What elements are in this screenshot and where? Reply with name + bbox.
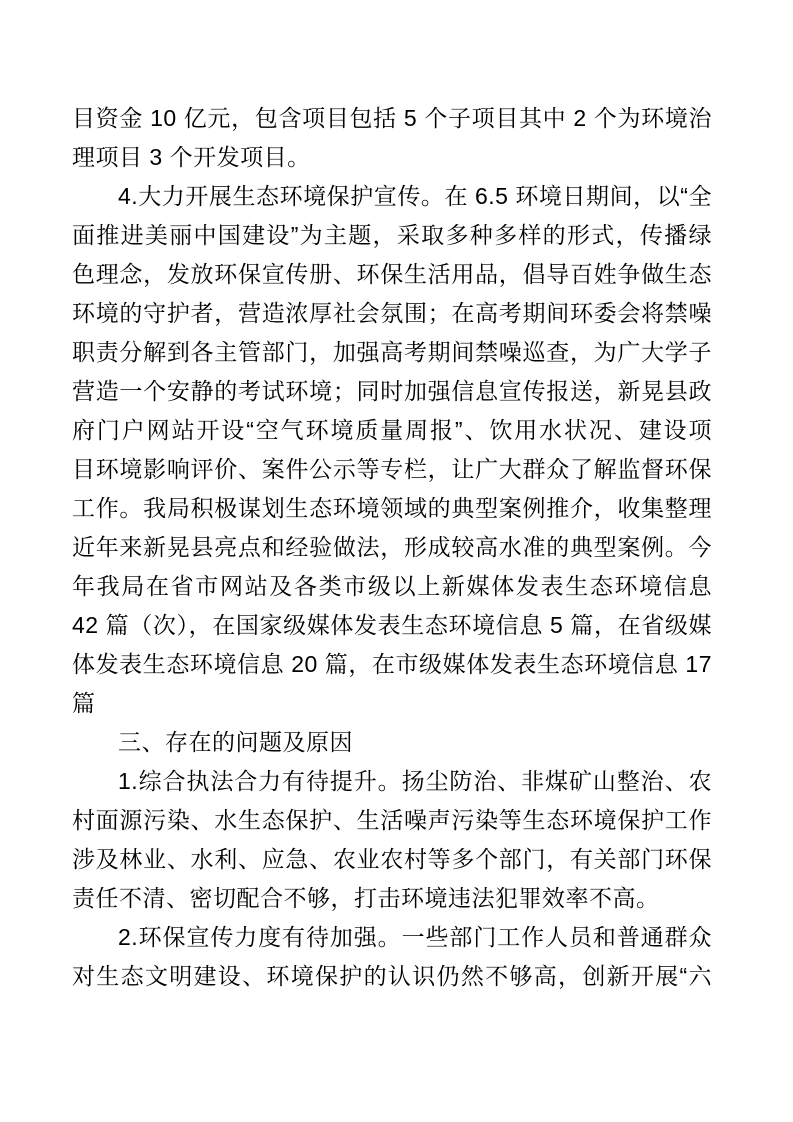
text-line: 理项目 3 个开发项目。 — [72, 138, 712, 177]
text-line: 村面源污染、水生态保护、生活噪声污染等生态环境保护工作 — [72, 801, 712, 840]
text-line: 三、存在的问题及原因 — [72, 723, 712, 762]
text-line: 对生态文明建设、环境保护的认识仍然不够高，创新开展“六 — [72, 957, 712, 996]
text-line: 近年来新晃县亮点和经验做法，形成较高水准的典型案例。今 — [72, 528, 712, 567]
text-line: 环境的守护者，营造浓厚社会氛围；在高考期间环委会将禁噪 — [72, 294, 712, 333]
text-line: 4.大力开展生态环境保护宣传。在 6.5 环境日期间，以“全 — [72, 177, 712, 216]
document-page: 目资金 10 亿元，包含项目包括 5 个子项目其中 2 个为环境治理项目 3 个… — [0, 0, 793, 1122]
text-line: 责任不清、密切配合不够，打击环境违法犯罪效率不高。 — [72, 879, 712, 918]
text-line: 年我局在省市网站及各类市级以上新媒体发表生态环境信息 — [72, 567, 712, 606]
text-line: 体发表生态环境信息 20 篇，在市级媒体发表生态环境信息 17 — [72, 645, 712, 684]
text-line: 职责分解到各主管部门，加强高考期间禁噪巡查，为广大学子 — [72, 333, 712, 372]
paragraph-body: 2.环保宣传力度有待加强。一些部门工作人员和普通群众对生态文明建设、环境保护的认… — [72, 918, 712, 996]
text-line: 目资金 10 亿元，包含项目包括 5 个子项目其中 2 个为环境治 — [72, 99, 712, 138]
section-heading: 三、存在的问题及原因 — [72, 723, 712, 762]
text-line: 面推进美丽中国建设”为主题，采取多种多样的形式，传播绿 — [72, 216, 712, 255]
text-line: 府门户网站开设“空气环境质量周报”、饮用水状况、建设项 — [72, 411, 712, 450]
text-line: 42 篇（次），在国家级媒体发表生态环境信息 5 篇，在省级媒 — [72, 606, 712, 645]
text-line: 篇 — [72, 684, 712, 723]
text-line: 目环境影响评价、案件公示等专栏，让广大群众了解监督环保 — [72, 450, 712, 489]
text-line: 工作。我局积极谋划生态环境领域的典型案例推介，收集整理 — [72, 489, 712, 528]
text-line: 1.综合执法合力有待提升。扬尘防治、非煤矿山整治、农 — [72, 762, 712, 801]
paragraph-continuation: 目资金 10 亿元，包含项目包括 5 个子项目其中 2 个为环境治理项目 3 个… — [72, 99, 712, 177]
paragraph-body: 4.大力开展生态环境保护宣传。在 6.5 环境日期间，以“全面推进美丽中国建设”… — [72, 177, 712, 723]
text-line: 营造一个安静的考试环境；同时加强信息宣传报送，新晃县政 — [72, 372, 712, 411]
paragraph-body: 1.综合执法合力有待提升。扬尘防治、非煤矿山整治、农村面源污染、水生态保护、生活… — [72, 762, 712, 918]
text-line: 2.环保宣传力度有待加强。一些部门工作人员和普通群众 — [72, 918, 712, 957]
text-line: 色理念，发放环保宣传册、环保生活用品，倡导百姓争做生态 — [72, 255, 712, 294]
text-line: 涉及林业、水利、应急、农业农村等多个部门，有关部门环保 — [72, 840, 712, 879]
document-body: 目资金 10 亿元，包含项目包括 5 个子项目其中 2 个为环境治理项目 3 个… — [72, 99, 712, 996]
